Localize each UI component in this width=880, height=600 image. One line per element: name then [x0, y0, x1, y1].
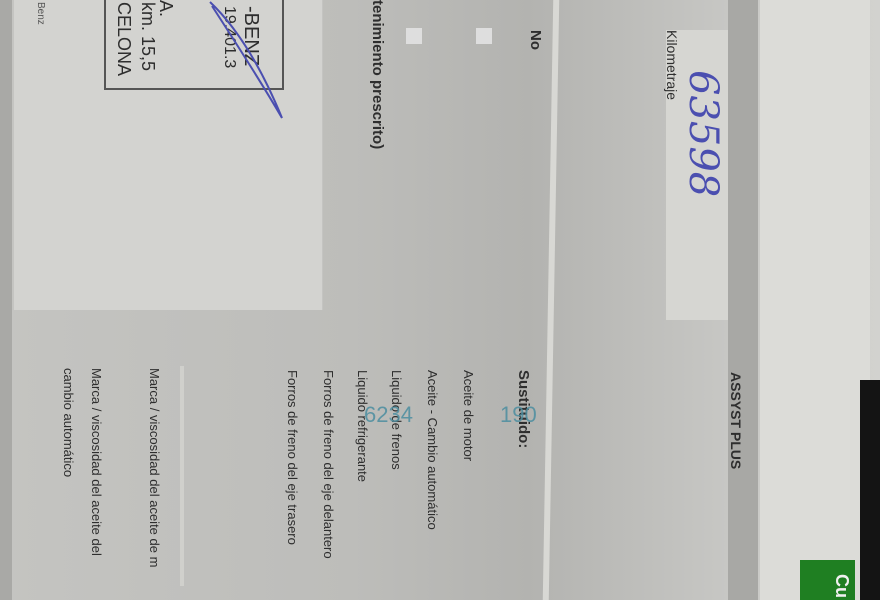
odometer-handwritten: 63598: [680, 70, 726, 197]
document-photo: -BENZ 19.401.3 A. km. 15,5 CELONA Benz N…: [0, 0, 880, 600]
note-line: Marca / viscosidad del aceite de m: [147, 368, 162, 567]
odometer-label: Kilometraje: [664, 30, 680, 100]
overlay-number-b: 190: [500, 402, 537, 428]
maintenance-note: tenimiento prescrito): [369, 0, 386, 149]
page-edge: [0, 0, 12, 600]
header-title: ASSYST PLUS: [728, 372, 744, 469]
replaced-item: Aceite - Cambio automático: [425, 370, 440, 530]
stamp-line-5: CELONA: [113, 2, 134, 76]
replaced-item: Forros de freno del eje delantero: [321, 370, 336, 559]
notes-divider: [180, 366, 184, 586]
replaced-item: Forros de freno del eje trasero: [285, 370, 300, 545]
edge-text: Benz: [35, 2, 46, 25]
note-line: cambio automático: [61, 368, 76, 477]
overlay-number-a: 6234: [364, 402, 413, 428]
stamp-line-3: A.: [155, 0, 176, 17]
checkbox-yes: [406, 28, 422, 44]
option-no-label: No: [527, 30, 544, 50]
shadow-band: [728, 0, 758, 600]
green-tab-label: Cu: [831, 574, 852, 598]
stamp-line-4: km. 15,5: [137, 2, 158, 71]
next-page: [760, 0, 870, 600]
checkbox-no: [476, 28, 492, 44]
replaced-item: Aceite de motor: [461, 370, 476, 461]
divider-line: [543, 0, 559, 600]
background-edge: [860, 380, 880, 600]
signature-stroke-icon: [190, 0, 290, 120]
note-line: Marca / viscosidad del aceite del: [89, 368, 104, 556]
